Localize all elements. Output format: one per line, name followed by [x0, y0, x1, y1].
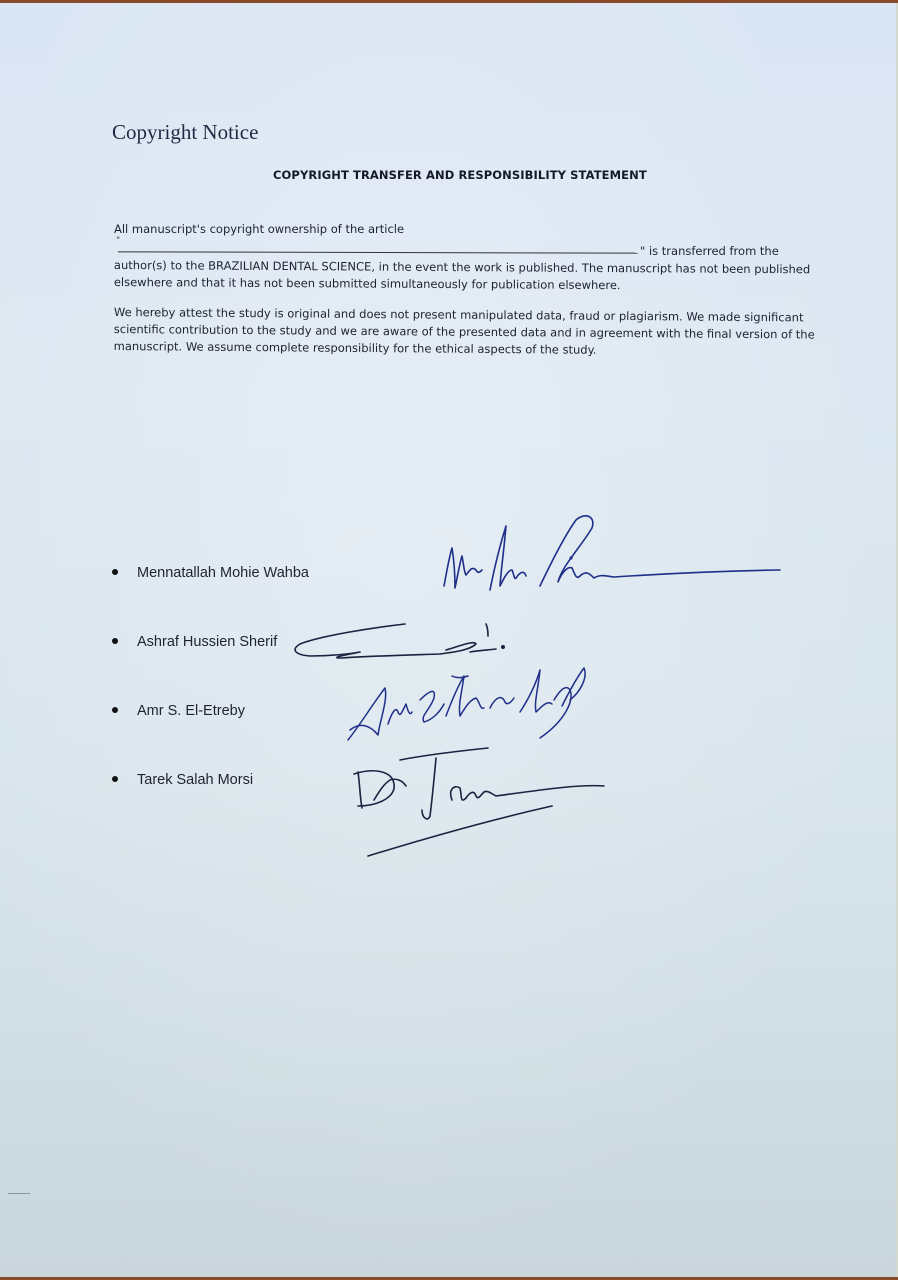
author-name: Tarek Salah Morsi	[137, 772, 253, 788]
author-name: Mennatallah Mohie Wahba	[137, 565, 309, 581]
bullet-icon	[112, 569, 118, 575]
paragraph2: We hereby attest the study is original a…	[114, 304, 824, 361]
paragraph1-line1: All manuscript's copyright ownership of …	[114, 221, 404, 238]
author-item: Mennatallah Mohie Wahba	[112, 565, 309, 581]
scanned-page: Copyright Notice COPYRIGHT TRANSFER AND …	[0, 3, 898, 1277]
edge-mark	[8, 1193, 30, 1194]
bullet-icon	[112, 638, 118, 644]
open-quote: "	[116, 233, 120, 250]
author-name: Amr S. El-Etreby	[137, 703, 245, 719]
statement-title: COPYRIGHT TRANSFER AND RESPONSIBILITY ST…	[273, 168, 647, 182]
author-item: Tarek Salah Morsi	[112, 772, 253, 788]
paragraph1-after-blank: " is transferred from the	[640, 243, 779, 260]
author-item: Amr S. El-Etreby	[112, 703, 245, 719]
author-name: Ashraf Hussien Sherif	[137, 634, 277, 650]
bullet-icon	[112, 707, 118, 713]
document-heading: Copyright Notice	[112, 120, 258, 145]
article-title-blank	[118, 251, 638, 253]
paragraph1-rest: author(s) to the BRAZILIAN DENTAL SCIENC…	[114, 257, 824, 295]
bullet-icon	[112, 776, 118, 782]
author-item: Ashraf Hussien Sherif	[112, 634, 277, 650]
